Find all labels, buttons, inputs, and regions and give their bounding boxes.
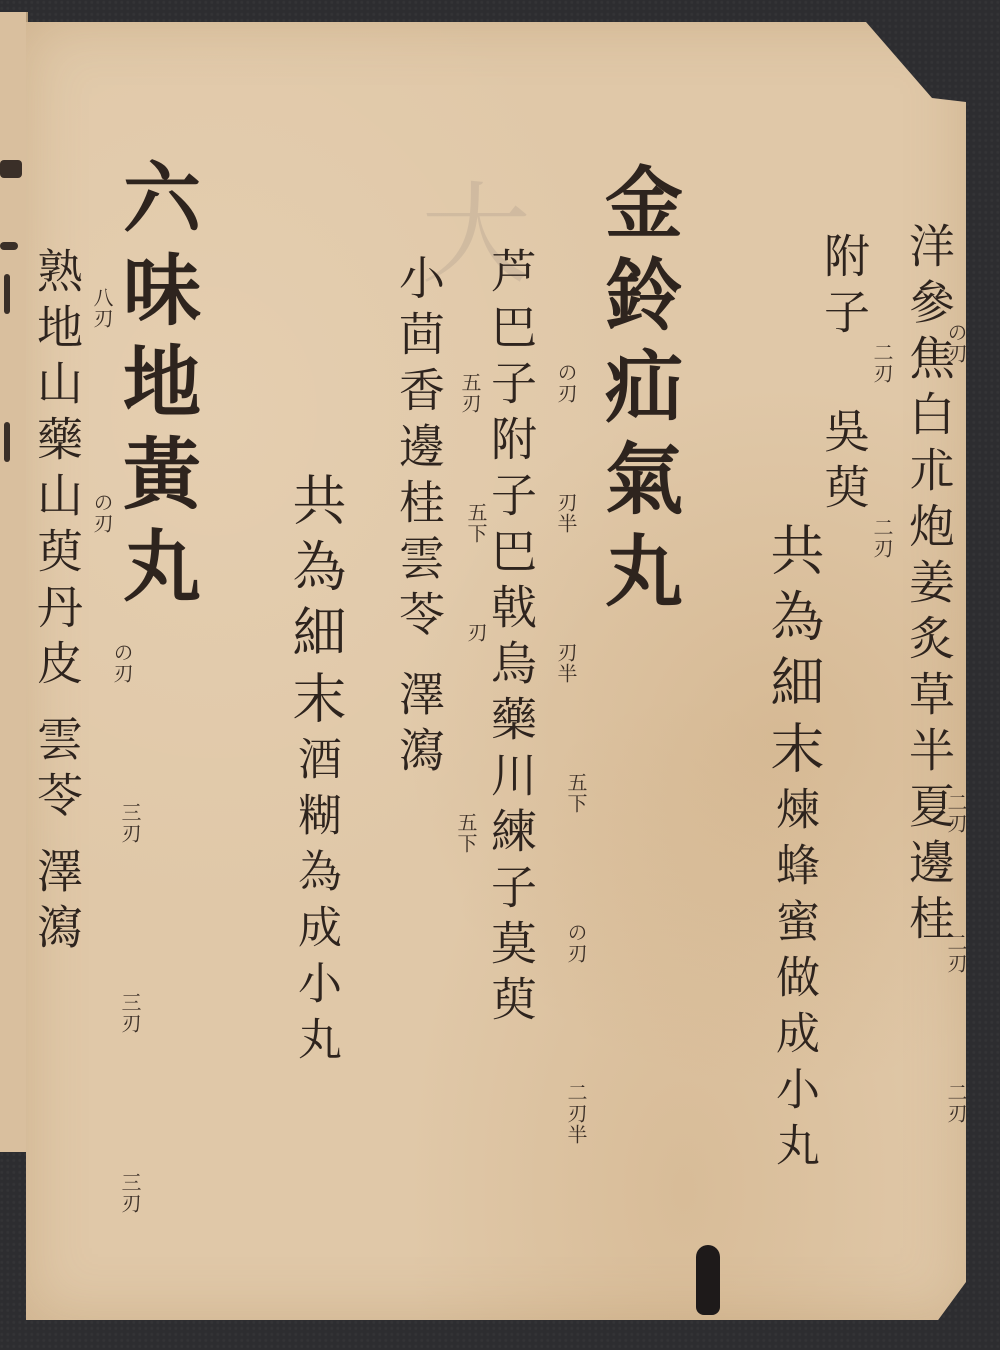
instruction-text: 共為細末 [284, 472, 347, 736]
dose-note: 刃 [466, 622, 486, 643]
ingredient-paojiang: 炮姜 [902, 502, 956, 614]
column-r2b: 吳萸 [821, 407, 867, 519]
ingredient-yangshen: 洋參 [902, 222, 956, 334]
ingredient-wuyu: 吳萸 [817, 407, 871, 519]
ingredient-zexie: 澤瀉 [392, 670, 446, 782]
dose-note: 五下 [456, 812, 476, 854]
dose-note: 八刃 [92, 287, 112, 329]
previous-page-edge [0, 12, 28, 1152]
dose-note: 二刃 [872, 517, 892, 559]
instruction-text: 共為細末 [762, 522, 825, 786]
dose-note: 三刃 [120, 802, 140, 844]
dose-note: の刃 [946, 322, 966, 364]
instruction-text: 酒糊為成小丸 [290, 736, 341, 1072]
dose-note: 五刃 [460, 372, 480, 414]
ink-stroke [4, 422, 10, 462]
ingredient-wuyao: 烏藥 [484, 639, 538, 751]
column-m2: 小茴香邊桂雲苓澤瀉 [396, 254, 442, 782]
column-r2a: 附子 [821, 232, 867, 344]
ingredient-baji: 巴戟 [484, 527, 538, 639]
dose-note: の刃 [556, 362, 576, 404]
dose-note: 二刃 [872, 342, 892, 384]
column-m1: 芦巴子附子巴戟烏藥川練子莫萸 [488, 247, 534, 1031]
dose-note: 刃半 [556, 642, 576, 684]
ingredient-fuzi: 附子 [484, 415, 538, 527]
dose-note: 五下 [466, 502, 486, 544]
recipe-title-liuwei: 六味地黃丸 [116, 157, 194, 617]
manuscript-page: 大 洋參焦白朮炮姜炙草半夏邊桂 の刃 二刃 二刃 二刃 附子 二刃 吳萸 二刃 … [26, 22, 966, 1320]
ink-stroke [0, 160, 22, 178]
dose-note: の刃 [112, 642, 132, 684]
dose-note: 三刃 [120, 1172, 140, 1214]
dose-note: 三刃 [120, 992, 140, 1034]
ingredient-shanyu: 山萸 [30, 471, 84, 583]
ingredient-luba: 芦巴子 [484, 247, 538, 415]
column-l1: 熟地山藥山萸丹皮雲苓澤瀉 [34, 247, 80, 959]
ingredient-shudi: 熟地 [30, 247, 84, 359]
ink-stroke [0, 242, 18, 250]
dose-note: 二刃 [946, 792, 966, 834]
ingredient-zhicao: 炙草 [902, 614, 956, 726]
ingredient-fuzi: 附子 [817, 232, 871, 344]
dose-note: 五下 [566, 772, 586, 814]
instruction-r3: 共為細末煉蜂蜜做成小丸 [766, 522, 820, 1178]
dose-note: 二刃 [946, 932, 966, 974]
ingredient-yunling: 雲苓 [392, 534, 446, 646]
ingredient-moyu: 莫萸 [484, 919, 538, 1031]
instruction-text: 煉蜂蜜做成小丸 [768, 786, 819, 1178]
ingredient-biangui: 邊桂 [392, 422, 446, 534]
ingredient-shanyao: 山藥 [30, 359, 84, 471]
dose-note: 刃半 [556, 492, 576, 534]
dose-note: 二刃半 [566, 1082, 586, 1145]
instruction-m3: 共為細末酒糊為成小丸 [288, 472, 342, 1072]
ingredient-danpi: 丹皮 [30, 583, 84, 695]
ink-blot [696, 1245, 720, 1315]
ink-stroke [4, 274, 10, 314]
dose-note: の刃 [92, 492, 112, 534]
ingredient-zexie: 澤瀉 [30, 847, 84, 959]
ingredient-xiaohuixiang: 小茴香 [392, 254, 446, 422]
ingredient-chuanlian: 川練子 [484, 751, 538, 919]
dose-note: 二刃 [946, 1082, 966, 1124]
ingredient-yunling: 雲苓 [30, 715, 84, 827]
recipe-title-jinling: 金鈴疝氣丸 [598, 162, 676, 622]
dose-note: の刃 [566, 922, 586, 964]
